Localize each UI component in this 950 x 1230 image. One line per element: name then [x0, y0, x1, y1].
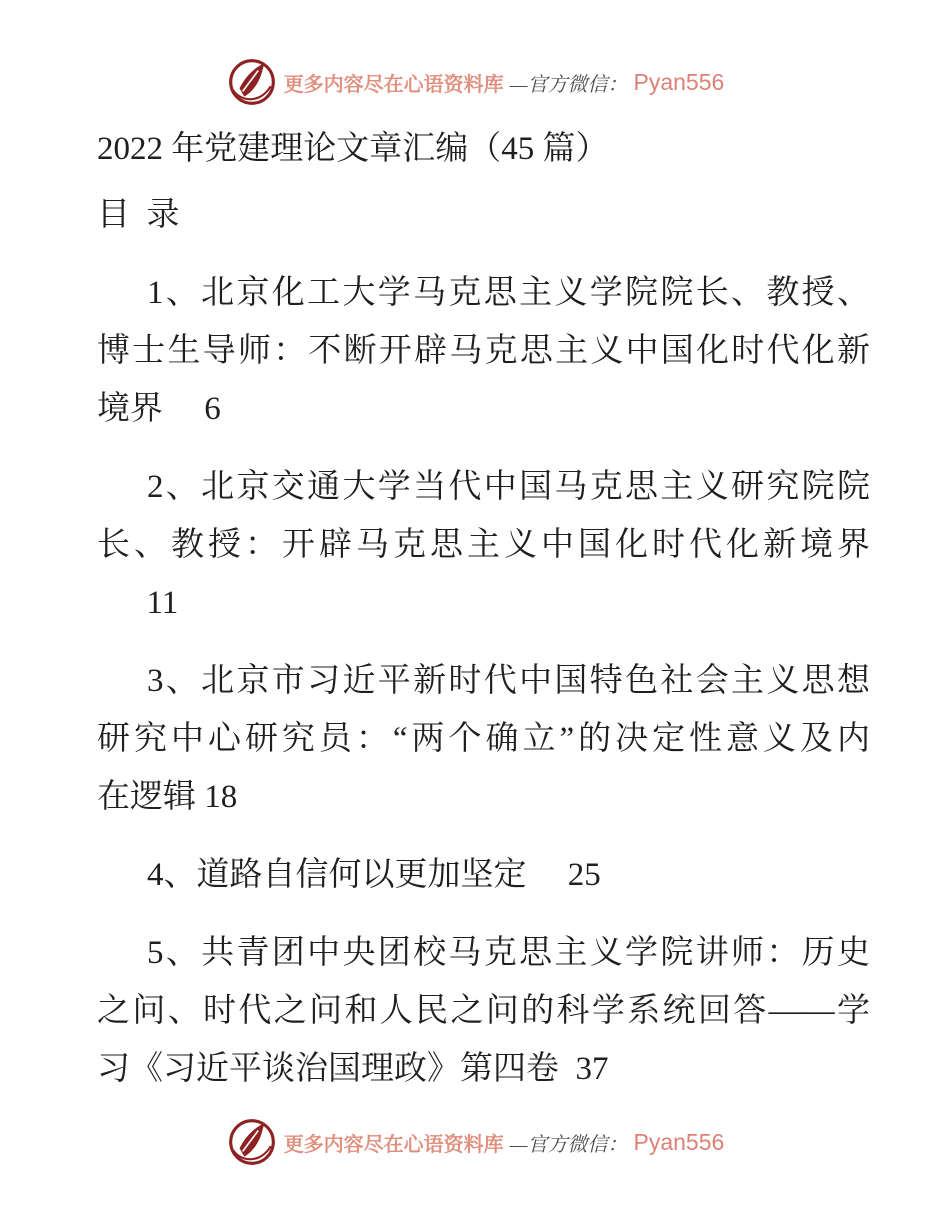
toc-entry-line: 4、道路自信何以更加坚定 25	[97, 846, 870, 904]
toc-entry-line: 之问、时代之问和人民之问的科学系统回答——学	[97, 982, 870, 1040]
pen-logo-icon	[226, 56, 278, 108]
header-watermark: 更多内容尽在心语资料库 —官方微信： Pyan556	[0, 0, 950, 108]
wechat-id: Pyan556	[633, 69, 724, 96]
document-page: 更多内容尽在心语资料库 —官方微信： Pyan556 2022 年党建理论文章汇…	[0, 0, 950, 1230]
toc-entry: 3、北京市习近平新时代中国特色社会主义思想研究中心研究员：“两个确立”的决定性意…	[97, 652, 870, 826]
brand-text: 更多内容尽在心语资料库	[284, 68, 504, 97]
wechat-label-text: 官方微信：	[527, 74, 627, 96]
toc-entry-line: 博士生导师：不断开辟马克思主义中国化时代化新	[97, 322, 870, 380]
toc-entry-line: 5、共青团中央团校马克思主义学院讲师：历史	[97, 924, 870, 982]
brand-text: 更多内容尽在心语资料库	[284, 1128, 504, 1157]
toc-entry: 1、北京化工大学马克思主义学院院长、教授、博士生导师：不断开辟马克思主义中国化时…	[97, 264, 870, 438]
toc-entry-line: 习《习近平谈治国理政》第四卷 37	[97, 1040, 870, 1098]
table-of-contents: 1、北京化工大学马克思主义学院院长、教授、博士生导师：不断开辟马克思主义中国化时…	[97, 264, 870, 1098]
footer-watermark: 更多内容尽在心语资料库 —官方微信： Pyan556	[0, 1116, 950, 1168]
separator-dash: —	[510, 1134, 528, 1156]
toc-entry-line: 研究中心研究员：“两个确立”的决定性意义及内	[97, 710, 870, 768]
toc-entry-line: 长、教授：开辟马克思主义中国化时代化新境界	[97, 516, 870, 574]
document-content: 2022 年党建理论文章汇编（45 篇） 目 录 1、北京化工大学马克思主义学院…	[0, 120, 950, 1098]
wechat-label: —官方微信：	[510, 68, 628, 97]
toc-entry: 2、北京交通大学当代中国马克思主义研究院院长、教授：开辟马克思主义中国化时代化新…	[97, 458, 870, 632]
document-title: 2022 年党建理论文章汇编（45 篇）	[97, 120, 870, 178]
toc-entry-line: 在逻辑 18	[97, 768, 870, 826]
toc-entry-line: 1、北京化工大学马克思主义学院院长、教授、	[97, 264, 870, 322]
toc-entry-line: 11	[97, 574, 870, 632]
toc-entry-line: 境界 6	[97, 380, 870, 438]
wechat-id: Pyan556	[633, 1129, 724, 1156]
pen-logo-icon	[226, 1116, 278, 1168]
toc-entry: 5、共青团中央团校马克思主义学院讲师：历史之问、时代之问和人民之问的科学系统回答…	[97, 924, 870, 1098]
wechat-label-text: 官方微信：	[527, 1134, 627, 1156]
toc-entry: 4、道路自信何以更加坚定 25	[97, 846, 870, 904]
toc-entry-line: 2、北京交通大学当代中国马克思主义研究院院	[97, 458, 870, 516]
separator-dash: —	[510, 74, 528, 96]
catalog-heading: 目 录	[97, 186, 870, 244]
wechat-label: —官方微信：	[510, 1128, 628, 1157]
toc-entry-line: 3、北京市习近平新时代中国特色社会主义思想	[97, 652, 870, 710]
